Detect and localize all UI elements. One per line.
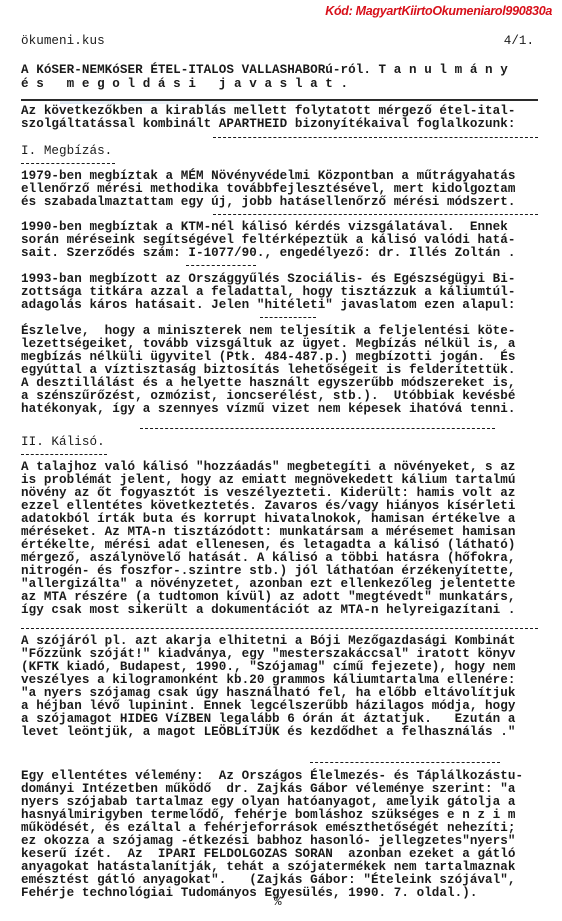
title-line-2: é s m e g o l d á s i j a v a s l a t . <box>21 78 348 91</box>
paragraph-separator <box>21 628 538 629</box>
section-heading-kaliso: II. Kálisó. <box>21 436 105 449</box>
intro-paragraph-line: szolgáltatással kombinált APARTHEID bizo… <box>21 118 516 131</box>
section-heading-megbizas: I. Megbízás. <box>21 145 112 158</box>
section-underline <box>21 163 115 164</box>
paragraph-talaj-line: így csak most sikerült a dokumentációt a… <box>21 604 516 617</box>
paragraph-separator <box>310 762 500 763</box>
paragraph-separator <box>140 428 495 429</box>
paragraph-separator <box>260 317 316 318</box>
page-number: 4/1. <box>504 35 534 48</box>
paragraph-szoja-line: levet leöntjük, a magot LEÖBLíTJÜK és ke… <box>21 726 516 739</box>
paragraph-1979-line: és szabadalmaztattam egy új, jobb hatáse… <box>21 196 516 209</box>
end-mark: % <box>274 896 282 909</box>
paragraph-1993-line: adagolás káros hatásait. Jelen "hitéleti… <box>21 299 516 312</box>
file-name: ökumeni.kus <box>21 35 105 48</box>
paragraph-separator <box>213 214 538 215</box>
paragraph-ellentetes-line: Fehérje technológiai Tudományos Egyesülé… <box>21 887 477 900</box>
section-underline <box>21 454 107 455</box>
paragraph-1990-line: sait. Szerződés szám: I-1077/90., engedé… <box>21 247 516 260</box>
title-line-1: A KóSER-NEMKóSER ÉTEL-ITALOS VALLASHABOR… <box>21 64 508 77</box>
intro-underline <box>213 137 538 138</box>
typewritten-page: ökumeni.kus 4/1. A KóSER-NEMKóSER ÉTEL-I… <box>0 0 562 921</box>
paragraph-eszlelve-line: hatékonyak, így a szennyes vízmű vizet n… <box>21 403 516 416</box>
paragraph-separator <box>186 265 256 266</box>
